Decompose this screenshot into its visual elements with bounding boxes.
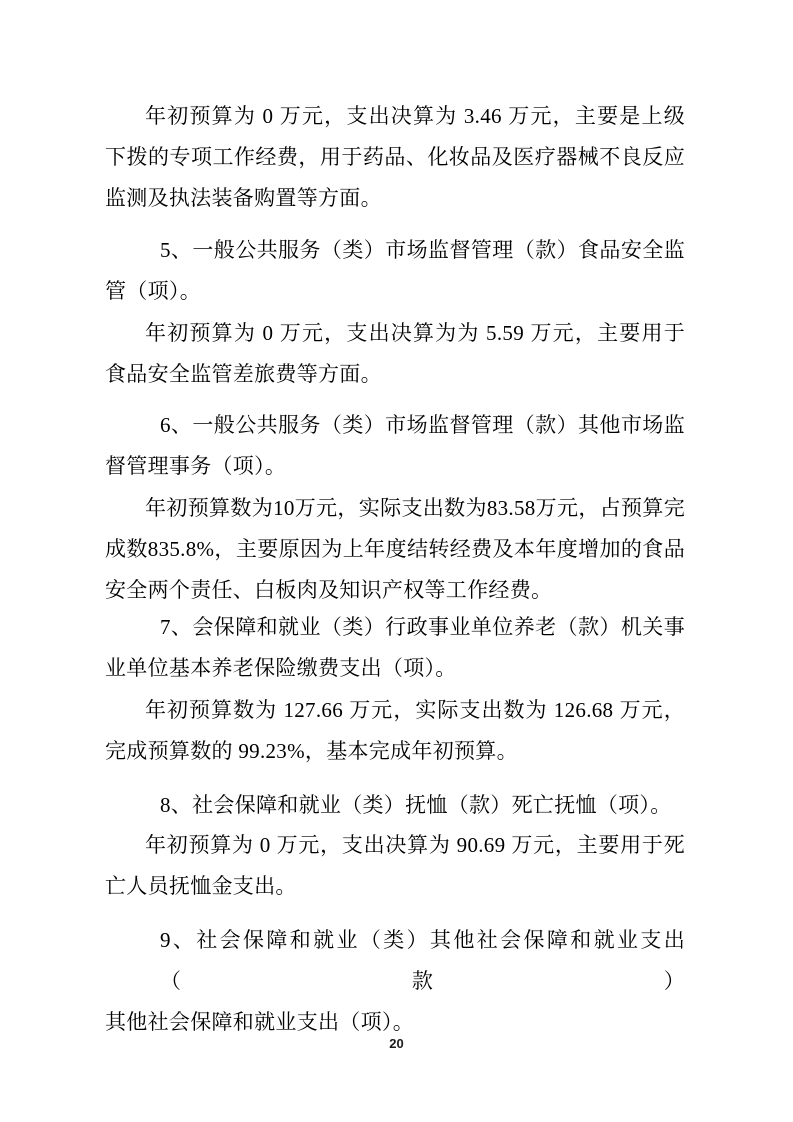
heading-item-8: 8、社会保障和就业（类）抚恤（款）死亡抚恤（项）。: [105, 785, 685, 826]
text-line: 年初预算数为10万元，实际支出数为83.58万元，占预算完: [105, 488, 685, 529]
heading-item-6: 6、一般公共服务（类）市场监督管理（款）其他市场监 督管理事务（项）。: [105, 405, 685, 487]
text-line: 监测及执法装备购置等方面。: [105, 178, 685, 219]
text-line: 6、一般公共服务（类）市场监督管理（款）其他市场监: [105, 405, 685, 446]
text-line: 安全两个责任、白板肉及知识产权等工作经费。: [105, 570, 685, 611]
paragraph-item-4-detail: 年初预算为 0 万元，支出决算为 3.46 万元，主要是上级 下拨的专项工作经费…: [105, 96, 685, 219]
document-page: 年初预算为 0 万元，支出决算为 3.46 万元，主要是上级 下拨的专项工作经费…: [0, 0, 793, 1122]
paragraph-item-6-detail: 年初预算数为10万元，实际支出数为83.58万元，占预算完 成数835.8%，主…: [105, 488, 685, 611]
text-line: 完成预算数的 99.23%，基本完成年初预算。: [105, 731, 685, 772]
text-line: 年初预算为 0 万元，支出决算为 3.46 万元，主要是上级: [105, 96, 685, 137]
text-line: 7、会保障和就业（类）行政事业单位养老（款）机关事: [105, 607, 685, 648]
text-line: 业单位基本养老保险缴费支出（项）。: [105, 648, 685, 689]
text-line: 年初预算数为 127.66 万元，实际支出数为 126.68 万元，: [105, 690, 685, 731]
text-line: 年初预算为 0 万元，支出决算为 90.69 万元，主要用于死: [105, 825, 685, 866]
text-line: 下拨的专项工作经费，用于药品、化妆品及医疗器械不良反应: [105, 137, 685, 178]
text-line: 成数835.8%，主要原因为上年度结转经费及本年度增加的食品: [105, 529, 685, 570]
text-line: 食品安全监管差旅费等方面。: [105, 354, 685, 395]
heading-item-7: 7、会保障和就业（类）行政事业单位养老（款）机关事 业单位基本养老保险缴费支出（…: [105, 607, 685, 689]
text-line: 8、社会保障和就业（类）抚恤（款）死亡抚恤（项）。: [105, 785, 685, 826]
heading-item-5: 5、一般公共服务（类）市场监督管理（款）食品安全监 管（项）。: [105, 230, 685, 312]
heading-item-9: 9、社会保障和就业（类）其他社会保障和就业支出（款） 其他社会保障和就业支出（项…: [105, 920, 685, 1043]
text-line: 9、社会保障和就业（类）其他社会保障和就业支出（款）: [105, 920, 685, 1002]
text-line: 亡人员抚恤金支出。: [105, 866, 685, 907]
text-line: 管（项）。: [105, 271, 685, 312]
page-number: 20: [0, 1036, 793, 1051]
paragraph-item-8-detail: 年初预算为 0 万元，支出决算为 90.69 万元，主要用于死 亡人员抚恤金支出…: [105, 825, 685, 907]
text-line: 督管理事务（项）。: [105, 446, 685, 487]
paragraph-item-7-detail: 年初预算数为 127.66 万元，实际支出数为 126.68 万元， 完成预算数…: [105, 690, 685, 772]
paragraph-item-5-detail: 年初预算为 0 万元，支出决算为为 5.59 万元，主要用于 食品安全监管差旅费…: [105, 313, 685, 395]
text-line: 年初预算为 0 万元，支出决算为为 5.59 万元，主要用于: [105, 313, 685, 354]
text-line: 5、一般公共服务（类）市场监督管理（款）食品安全监: [105, 230, 685, 271]
